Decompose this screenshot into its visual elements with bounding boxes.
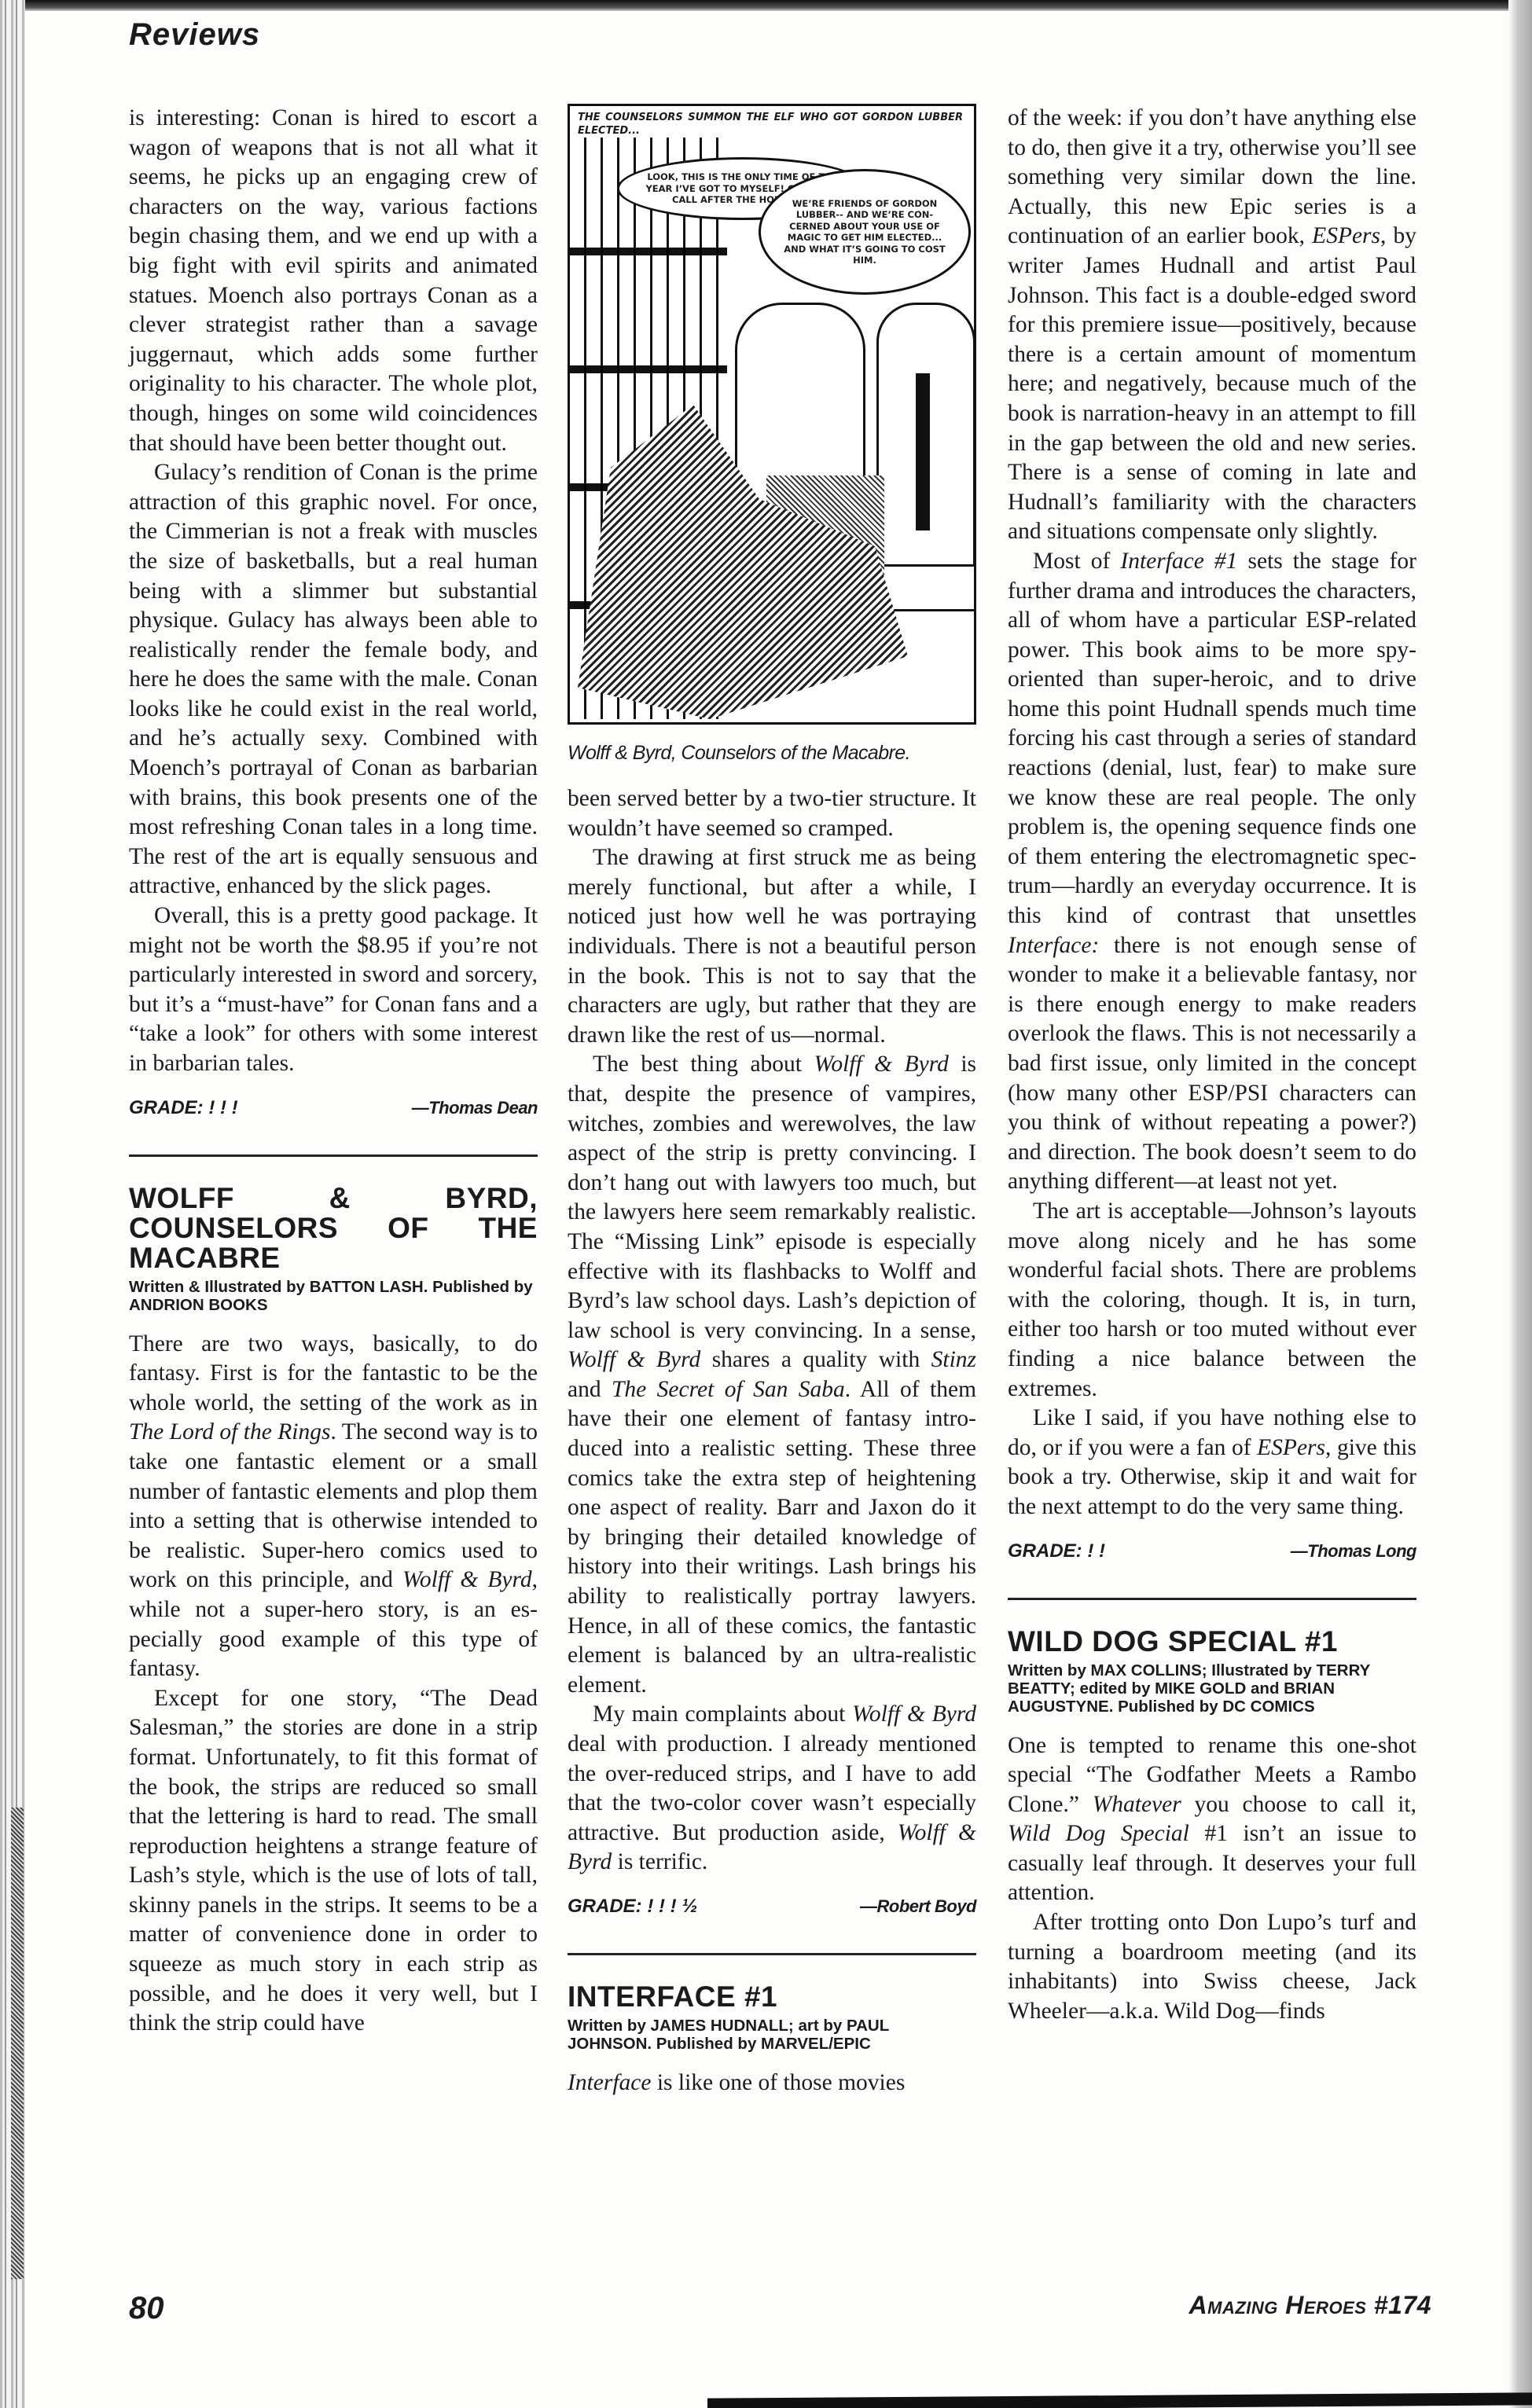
review-paragraph: Except for one story, “The Dead Salesman… — [129, 1684, 538, 2039]
review-title: WOLFF & BYRD, COUNSELORS OF THE MACABRE — [129, 1184, 538, 1273]
conan-paragraph: Overall, this is a pretty good pack­age.… — [129, 901, 538, 1079]
comic-panel-illustration: THE COUNSELORS SUMMON THE ELF WHO GOT GO… — [568, 104, 976, 725]
review-paragraph: The drawing at first struck me as being … — [568, 843, 976, 1050]
review-title: WILD DOG SPECIAL #1 — [1008, 1627, 1416, 1657]
section-label: Reviews — [129, 17, 260, 53]
scan-top-edge — [0, 0, 1532, 11]
page-number: 80 — [129, 2291, 164, 2326]
scan-adjacent-page-strip — [11, 1808, 24, 2279]
review-paragraph: Like I said, if you have nothing else to… — [1008, 1404, 1416, 1522]
section-divider — [129, 1154, 538, 1157]
reviewer-byline: —Robert Boyd — [860, 1895, 976, 1918]
wolff-byrd-grade-line: GRADE: ! ! ! ½ —Robert Boyd — [568, 1895, 976, 1918]
review-paragraph: of the week: if you don’t have anything … — [1008, 104, 1416, 547]
scan-bottom-edge — [707, 2392, 1532, 2408]
grade: GRADE: ! ! ! — [129, 1096, 238, 1120]
review-credits: Written & Illustrated by BATTON LASH. Pu… — [129, 1278, 538, 1314]
comic-narration: THE COUNSELORS SUMMON THE ELF WHO GOT GO… — [578, 111, 963, 138]
conan-paragraph: is interesting: Conan is hired to escort… — [129, 104, 538, 458]
review-credits: Written by MAX COLLINS; Illustrated by T… — [1008, 1661, 1416, 1716]
reviewer-byline: —Thomas Dean — [412, 1096, 538, 1120]
grade: GRADE: ! ! ! ½ — [568, 1895, 697, 1918]
scan-right-edge-shadow — [1508, 0, 1532, 2408]
section-divider — [568, 1953, 976, 1955]
speech-bubble: WE’RE FRIENDS OF GORDON LUBBER-- AND WE’… — [759, 169, 971, 295]
illustration-caption: Wolff & Byrd, Counselors of the Macabre. — [568, 742, 976, 764]
column-3: of the week: if you don’t have anything … — [1008, 104, 1416, 2026]
conan-grade-line: GRADE: ! ! ! —Thomas Dean — [129, 1096, 538, 1120]
column-1: is interesting: Conan is hired to escort… — [129, 104, 538, 2039]
reviewer-byline: —Thomas Long — [1291, 1540, 1416, 1563]
review-paragraph: The best thing about Wolff & Byrd is tha… — [568, 1050, 976, 1700]
column-2: THE COUNSELORS SUMMON THE ELF WHO GOT GO… — [568, 104, 976, 2098]
necktie-art — [916, 373, 930, 530]
review-paragraph: been served better by a two-tier struc­t… — [568, 784, 976, 843]
section-divider — [1008, 1598, 1416, 1600]
review-paragraph: After trotting onto Don Lupo’s turf and … — [1008, 1908, 1416, 2026]
review-paragraph: Most of Interface #1 sets the stage for … — [1008, 547, 1416, 1197]
review-paragraph: There are two ways, basically, to do fan… — [129, 1330, 538, 1684]
review-paragraph: Interface is like one of those movies — [568, 2068, 976, 2098]
conan-paragraph: Gulacy’s rendition of Conan is the prime… — [129, 458, 538, 901]
review-paragraph: The art is acceptable—Johnson’s layouts … — [1008, 1197, 1416, 1404]
review-paragraph: My main complaints about Wolff & Byrd de… — [568, 1700, 976, 1878]
grade: GRADE: ! ! — [1008, 1540, 1105, 1563]
review-title: INTERFACE #1 — [568, 1982, 976, 2012]
review-paragraph: One is tempted to rename this one-shot s… — [1008, 1731, 1416, 1909]
magazine-footer: Amazing Heroes #174 — [1189, 2291, 1431, 2320]
interface-grade-line: GRADE: ! ! —Thomas Long — [1008, 1540, 1416, 1563]
review-credits: Written by JAMES HUDNALL; art by PAUL JO… — [568, 2017, 976, 2053]
